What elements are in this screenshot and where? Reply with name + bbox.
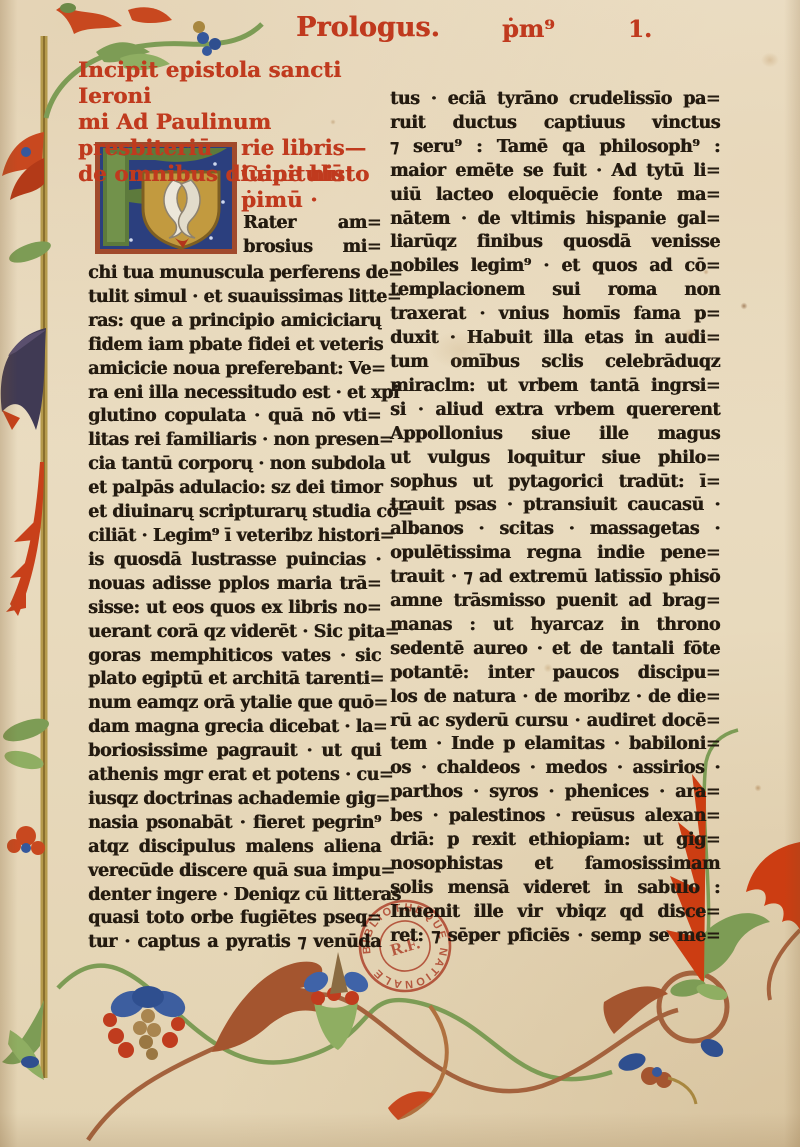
text-line: amne trāsmisso puenit ad brag= bbox=[390, 590, 720, 614]
text-line: athenis mgr erat et potens · cu= bbox=[88, 764, 381, 788]
text-line: fidem iam pbate fidei et veteris bbox=[88, 334, 381, 358]
text-line: glutino copulata · quā nō vti= bbox=[88, 405, 381, 429]
text-line: iusqz doctrinas achademie gig= bbox=[88, 788, 381, 812]
text-line: los de natura · de moribz · de die= bbox=[390, 686, 720, 710]
text-line: verecūde discere quā sua impu= bbox=[88, 860, 381, 884]
text-line: boriosissime pagrauit · ut qui bbox=[88, 740, 381, 764]
text-line: rū ac syderū cursu · audiret docē= bbox=[390, 710, 720, 734]
text-line: opulētissima regna indie pene= bbox=[390, 542, 720, 566]
text-line: nobiles legim⁹ · et quos ad cō= bbox=[390, 255, 720, 279]
text-line: maior emēte se fuit · Ad tytū li= bbox=[390, 160, 720, 184]
text-line: sedentē aureo · et de tantali fōte bbox=[390, 638, 720, 662]
text-line: sisse: ut eos quos ex libris no= bbox=[88, 597, 381, 621]
text-line: litas rei familiaris · non presen= bbox=[88, 429, 381, 453]
text-line: nosophistas et famosissimam bbox=[390, 853, 720, 877]
text-line: num eamqz orā ytalie que quō= bbox=[88, 692, 381, 716]
text-line: et diuinarų scripturarų studia cō= bbox=[88, 501, 381, 525]
text-line: tulit simul · et suauissimas litte= bbox=[88, 286, 381, 310]
text-line: driā: p rexit ethiopiam: ut gig= bbox=[390, 829, 720, 853]
text-line: uiū lacteo eloquēcie fonte ma= bbox=[390, 184, 720, 208]
text-line: atqz discipulus malens aliena bbox=[88, 836, 381, 860]
text-line: et palpās adulacio: sz dei timor bbox=[88, 477, 381, 501]
text-line: ra eni illa necessitudo est · et xpi bbox=[88, 382, 381, 406]
acanthus-leaf-brown bbox=[212, 962, 322, 1052]
text-line: miraclm: ut vrbem tantā ingrsi= bbox=[390, 375, 720, 399]
column1-text: chi tua munuscula perferens de=tulit sim… bbox=[88, 262, 381, 955]
manuscript-page: { "header": { "title": "Prologus.", "sec… bbox=[0, 0, 800, 1147]
text-line: brosius mi= bbox=[243, 236, 381, 260]
text-line: traxerat · vnius homīs fama p= bbox=[390, 303, 720, 327]
text-line: parthos · syros · phenices · ara= bbox=[390, 781, 720, 805]
text-line: duxit · Habuit illa etas in audi= bbox=[390, 327, 720, 351]
stamp-center-text: R.F. bbox=[388, 933, 422, 959]
flower-blue-cone bbox=[103, 986, 189, 1060]
text-line: plato egiptū et architā tarenti= bbox=[88, 668, 381, 692]
text-line: ruit ductus captiuus vinctus bbox=[390, 112, 720, 136]
chapter-rubric-line: rie libris— bbox=[241, 136, 381, 162]
text-line: chi tua munuscula perferens de= bbox=[88, 262, 381, 286]
text-line: ciliāt · Legim⁹ ī veteribz histori= bbox=[88, 525, 381, 549]
text-line: goras memphiticos vates · sic bbox=[88, 645, 381, 669]
text-line: dam magna grecia dicebat · la= bbox=[88, 716, 381, 740]
running-title: Prologus. bbox=[296, 12, 440, 43]
section-abbreviation: ṗm⁹ bbox=[502, 14, 555, 43]
red-sprig bbox=[388, 1091, 434, 1120]
text-line: tur · captus a pyratis ⁊ venūda bbox=[88, 931, 381, 955]
text-line: tem · Inde p elamitas · babiloni= bbox=[390, 733, 720, 757]
text-line: ⁊ seru⁹ : Tamē qa philosoph⁹ : bbox=[390, 136, 720, 160]
text-line: albanos · scitas · massagetas · bbox=[390, 518, 720, 542]
text-line: uerant corā qz viderēt · Sic pita= bbox=[88, 621, 381, 645]
incipit-rubric-line: Incipit epistola sancti Ieroni bbox=[78, 58, 378, 110]
text-line: ras: que a principio amiciciarų bbox=[88, 310, 381, 334]
text-line: potantē: inter paucos discipu= bbox=[390, 662, 720, 686]
text-line: denter ingere · Deniqz cū litteras bbox=[88, 884, 381, 908]
chapter-rubric-line: ṗimū · bbox=[241, 188, 381, 214]
text-line: bes · palestinos · reūsus alexan= bbox=[390, 805, 720, 829]
text-line: liarūqz finibus quosdā venisse bbox=[390, 231, 720, 255]
text-line: Rater am= bbox=[243, 212, 381, 236]
text-line: nasia psonabāt · fieret pegrin⁹ bbox=[88, 812, 381, 836]
text-line: trauit · ⁊ ad extremū latissīo phisō bbox=[390, 566, 720, 590]
text-line: amicicie noua preferebant: Ve= bbox=[88, 358, 381, 382]
text-line: nouas adisse pplos maria trā= bbox=[88, 573, 381, 597]
text-line: os · chaldeos · medos · assirios · bbox=[390, 757, 720, 781]
chapter-rubric-line: Capitulū bbox=[241, 162, 381, 188]
text-line: templacionem sui roma non bbox=[390, 279, 720, 303]
chapter-rubric: rie libris—Capitulūṗimū · bbox=[241, 136, 381, 214]
column1-intro-lines: Rater am=brosius mi= bbox=[243, 212, 381, 260]
text-line: si · aliud extra vrbem quererent bbox=[390, 399, 720, 423]
text-line: trauit psas · ptransiuit caucasū · bbox=[390, 494, 720, 518]
text-line: manas : ut hyarcaz in throno bbox=[390, 614, 720, 638]
text-line: sophus ut pytagorici tradūt: ī= bbox=[390, 471, 720, 495]
text-line: tus · eciā tyrāno crudelissīo pa= bbox=[390, 88, 720, 112]
text-line: tum omībus sclis celebrāduqz bbox=[390, 351, 720, 375]
text-line: is quosdā lustrasse puincias · bbox=[88, 549, 381, 573]
text-line: ut vulgus loquitur siue philo= bbox=[390, 447, 720, 471]
text-line: nātem · de vltimis hispanie gal= bbox=[390, 208, 720, 232]
column2-text: tus · eciā tyrāno crudelissīo pa=ruit du… bbox=[390, 88, 720, 949]
text-line: Appollonius siue ille magus bbox=[390, 423, 720, 447]
folio-number: 1. bbox=[628, 16, 652, 43]
text-line: cia tantū corporų · non subdola bbox=[88, 453, 381, 477]
